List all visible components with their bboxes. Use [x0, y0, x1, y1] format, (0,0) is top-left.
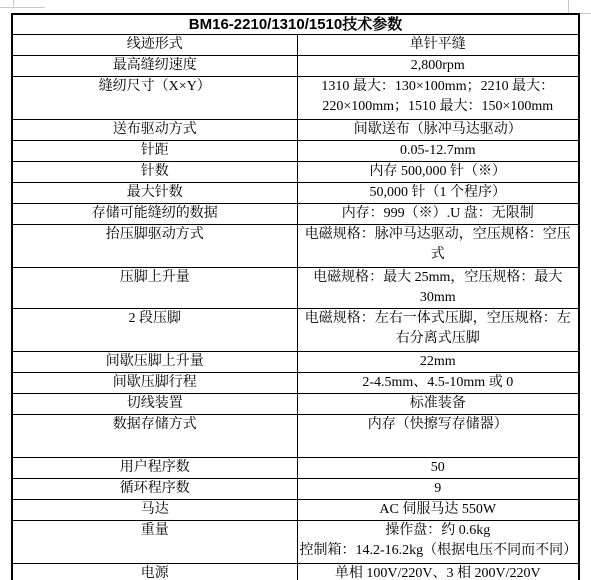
- gridline-artifact: [13, 0, 14, 7]
- table-row: 间歇压脚上升量22mm: [12, 352, 579, 373]
- table-row: 重量操作盘：约 0.6kg 控制箱：14.2-16.2kg（根据电压不同而不同）: [12, 521, 579, 564]
- spec-value: 电磁规格：最大 25mm，空压规格：最大 30mm: [297, 268, 579, 309]
- table-row: 最高缝纫速度2,800rpm: [12, 56, 579, 77]
- table-row: 电源单相 100V/220V、3 相 200V/220V: [12, 564, 579, 580]
- spec-value: 电磁规格：左右一体式压脚，空压规格：左右分离式压脚: [297, 309, 579, 352]
- gridline-artifact: [568, 0, 569, 13]
- gridline-artifact: [0, 7, 45, 8]
- spec-value: AC 伺服马达 550W: [297, 500, 579, 521]
- spec-label: 2 段压脚: [12, 309, 297, 352]
- spec-value: 9: [297, 479, 579, 500]
- spec-label: 用户程序数: [12, 458, 297, 479]
- table-row: 抬压脚驱动方式电磁规格：脉冲马达驱动，空压规格：空压式: [12, 225, 579, 268]
- spec-value: 22mm: [297, 352, 579, 373]
- table-row: 马达AC 伺服马达 550W: [12, 500, 579, 521]
- table-row: 压脚上升量电磁规格：最大 25mm，空压规格：最大 30mm: [12, 268, 579, 309]
- spec-label: 数据存储方式: [12, 415, 297, 458]
- table-row: 针数内存 500,000 针（※）: [12, 162, 579, 183]
- spec-value: 1310 最大：130×100mm；2210 最大：220×100mm；1510…: [297, 77, 579, 120]
- table-row: 线迹形式单针平缝: [12, 35, 579, 56]
- table-row: 缝纫尺寸（X×Y）1310 最大：130×100mm；2210 最大：220×1…: [12, 77, 579, 120]
- table-row: 针距0.05-12.7mm: [12, 141, 579, 162]
- table-row: 送布驱动方式间歇送布（脉冲马达驱动）: [12, 120, 579, 141]
- table-row: 2 段压脚电磁规格：左右一体式压脚，空压规格：左右分离式压脚: [12, 309, 579, 352]
- spec-label: 重量: [12, 521, 297, 564]
- spec-label: 电源: [12, 564, 297, 580]
- table-row: 最大针数50,000 针（1 个程序）: [12, 183, 579, 204]
- spec-value: 2,800rpm: [297, 56, 579, 77]
- spec-value: 内存 500,000 针（※）: [297, 162, 579, 183]
- spec-value: 单相 100V/220V、3 相 200V/220V: [297, 564, 579, 580]
- spec-value: 电磁规格：脉冲马达驱动，空压规格：空压式: [297, 225, 579, 268]
- spec-value: 内存：999（※）.U 盘：无限制: [297, 204, 579, 225]
- table-title: BM16-2210/1310/1510技术参数: [12, 14, 579, 35]
- spec-value: 50,000 针（1 个程序）: [297, 183, 579, 204]
- spec-label: 压脚上升量: [12, 268, 297, 309]
- table-row: 存储可能缝纫的数据内存：999（※）.U 盘：无限制: [12, 204, 579, 225]
- spec-table-body: 线迹形式单针平缝最高缝纫速度2,800rpm缝纫尺寸（X×Y）1310 最大：1…: [12, 35, 579, 580]
- spreadsheet-page: BM16-2210/1310/1510技术参数 线迹形式单针平缝最高缝纫速度2,…: [0, 0, 591, 580]
- spec-label: 针数: [12, 162, 297, 183]
- spec-value: 间歇送布（脉冲马达驱动）: [297, 120, 579, 141]
- spec-value: 单针平缝: [297, 35, 579, 56]
- spec-label: 缝纫尺寸（X×Y）: [12, 77, 297, 120]
- spec-label: 针距: [12, 141, 297, 162]
- spec-label: 切线装置: [12, 394, 297, 415]
- spec-label: 间歇压脚上升量: [12, 352, 297, 373]
- spec-value: 2-4.5mm、4.5-10mm 或 0: [297, 373, 579, 394]
- spec-value: 内存（快擦写存储器）: [297, 415, 579, 458]
- spec-label: 存储可能缝纫的数据: [12, 204, 297, 225]
- spec-label: 线迹形式: [12, 35, 297, 56]
- spec-value: 0.05-12.7mm: [297, 141, 579, 162]
- spec-value: 50: [297, 458, 579, 479]
- spec-value: 操作盘：约 0.6kg 控制箱：14.2-16.2kg（根据电压不同而不同）: [297, 521, 579, 564]
- spec-label: 最大针数: [12, 183, 297, 204]
- table-row: 循环程序数9: [12, 479, 579, 500]
- spec-label: 马达: [12, 500, 297, 521]
- table-row: 数据存储方式内存（快擦写存储器）: [12, 415, 579, 458]
- spec-label: 循环程序数: [12, 479, 297, 500]
- spec-value: 标准装备: [297, 394, 579, 415]
- spec-label: 间歇压脚行程: [12, 373, 297, 394]
- table-title-row: BM16-2210/1310/1510技术参数: [12, 14, 579, 35]
- spec-label: 送布驱动方式: [12, 120, 297, 141]
- table-row: 用户程序数50: [12, 458, 579, 479]
- spec-label: 最高缝纫速度: [12, 56, 297, 77]
- spec-label: 抬压脚驱动方式: [12, 225, 297, 268]
- spec-table: BM16-2210/1310/1510技术参数 线迹形式单针平缝最高缝纫速度2,…: [11, 13, 580, 580]
- table-row: 间歇压脚行程2-4.5mm、4.5-10mm 或 0: [12, 373, 579, 394]
- table-row: 切线装置标准装备: [12, 394, 579, 415]
